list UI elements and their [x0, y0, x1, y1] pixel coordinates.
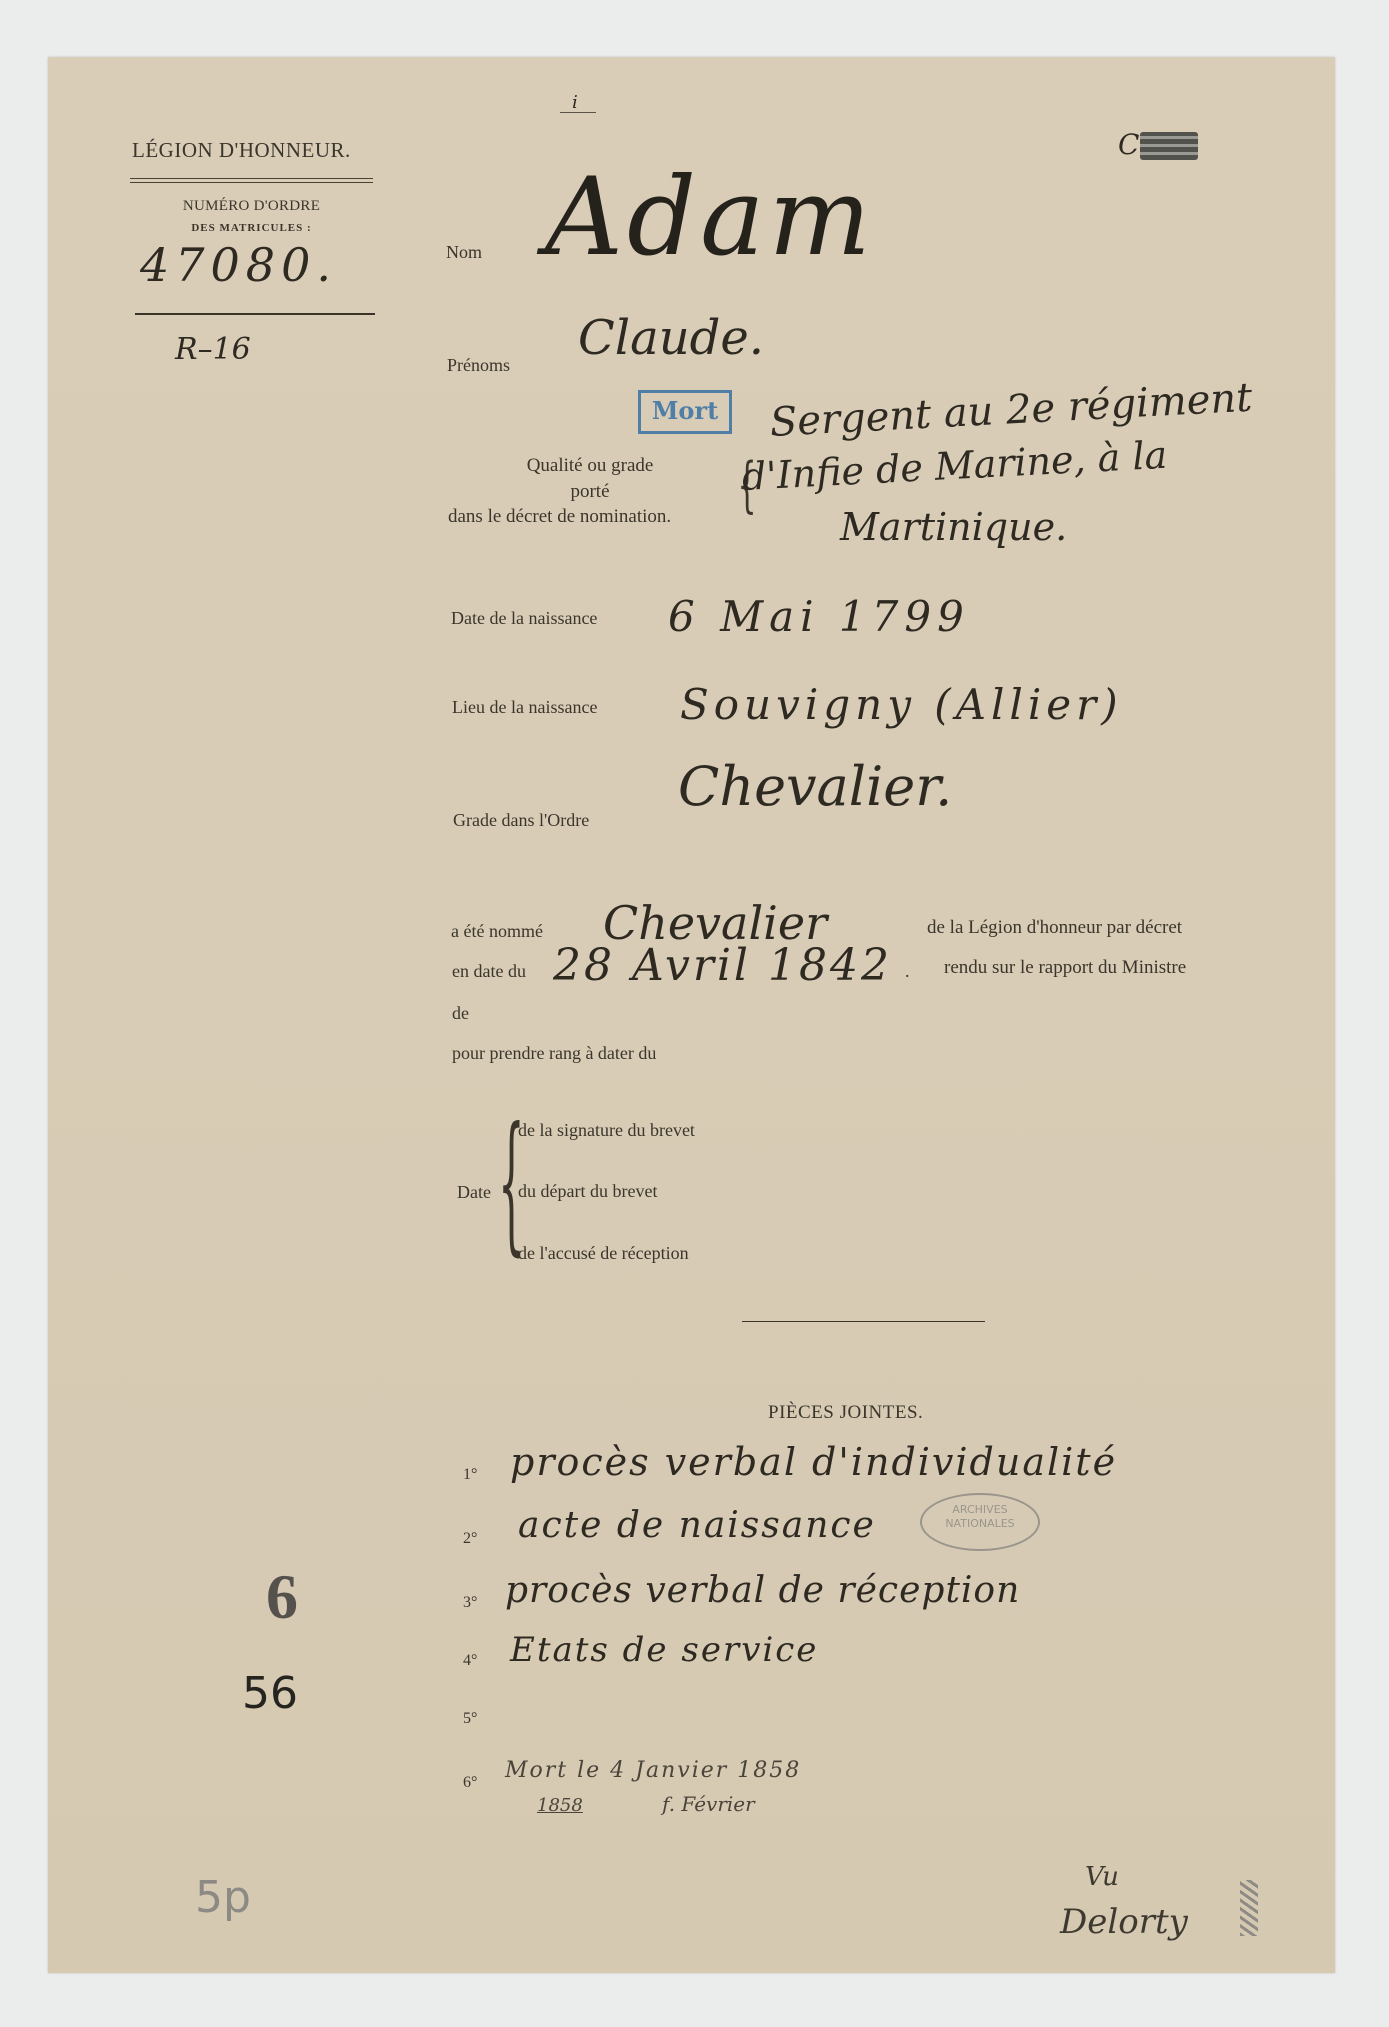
piece-num-5: 5° [463, 1710, 477, 1728]
brevet-depart-line: du départ du brevet [518, 1181, 657, 1202]
numero-underline [135, 313, 375, 315]
crossed-out-scribble-icon [1140, 132, 1198, 160]
nom-value: Adam [545, 155, 875, 280]
pieces-jointes-title: PIÈCES JOINTES. [768, 1402, 923, 1424]
piece-num-1: 1° [463, 1466, 477, 1484]
naissance-date-value: 6 Mai 1799 [668, 592, 970, 641]
prenoms-label: Prénoms [447, 355, 510, 376]
qualite-label-line2: porté [480, 481, 700, 503]
rapport-label: rendu sur le rapport du Ministre [944, 957, 1186, 979]
grade-label: Grade dans l'Ordre [453, 810, 589, 831]
grade-value: Chevalier. [678, 755, 952, 818]
margin-box-number: 56 [242, 1668, 298, 1719]
qualite-label-line3: dans le décret de nomination. [448, 506, 671, 528]
piece-value-6: Mort le 4 Janvier 1858 [505, 1758, 801, 1783]
piece-value-4: Etats de service [510, 1630, 818, 1670]
margin-big-number: 6 [266, 1560, 298, 1634]
rang-label: pour prendre rang à dater du [452, 1043, 656, 1064]
archive-stamp-line2: NATIONALES [922, 1517, 1038, 1531]
decret-date-value: 28 Avril 1842 [553, 940, 892, 991]
brevet-accuse-line: de l'accusé de réception [518, 1243, 689, 1264]
naissance-lieu-value: Souvigny (Allier) [680, 680, 1123, 729]
qualite-value-line3: Martinique. [840, 505, 1067, 549]
top-center-mark: i [572, 92, 578, 113]
naissance-date-label: Date de la naissance [451, 608, 597, 629]
piece-6-february: f. Février [662, 1792, 755, 1816]
archives-nationales-stamp: ARCHIVES NATIONALES [920, 1493, 1040, 1551]
brevet-date-label: Date [457, 1182, 491, 1203]
decret-date-label: en date du [452, 961, 526, 982]
nomme-suffix: de la Légion d'honneur par décret [927, 917, 1182, 939]
piece-value-2: acte de naissance [518, 1505, 876, 1546]
nomme-label: a été nommé [451, 921, 543, 942]
brevet-signature-line: de la signature du brevet [518, 1120, 695, 1141]
decret-date-dot: . [905, 961, 910, 982]
numero-ordre-label: NUMÉRO D'ORDRE [130, 198, 373, 215]
piece-value-1: procès verbal d'individualité [510, 1440, 1117, 1484]
status-stamp-mort: Mort [638, 390, 732, 434]
vu-label: Vu [1085, 1862, 1119, 1892]
prenoms-value: Claude. [578, 310, 764, 366]
piece-value-3: procès verbal de réception [505, 1570, 1020, 1611]
top-center-underline [560, 112, 596, 113]
ministre-de-label: de [452, 1003, 469, 1024]
register-reference: R–16 [175, 332, 251, 367]
piece-num-2: 2° [463, 1530, 477, 1548]
pencil-slash-mark [1240, 1880, 1258, 1936]
legion-honneur-title: LÉGION D'HONNEUR. [132, 138, 351, 163]
qualite-label-line1: Qualité ou grade [480, 455, 700, 477]
des-matricules-label: DES MATRICULES : [130, 222, 373, 234]
naissance-lieu-label: Lieu de la naissance [452, 697, 597, 718]
piece-num-3: 3° [463, 1594, 477, 1612]
title-rule-bottom [130, 182, 373, 183]
piece-num-4: 4° [463, 1652, 477, 1670]
numero-matricule-value: 47080. [140, 238, 337, 292]
piece-6-year: 1858 [537, 1795, 583, 1816]
nom-label: Nom [446, 242, 482, 263]
section-separator [742, 1321, 985, 1322]
piece-num-6: 6° [463, 1774, 477, 1792]
title-rule-top [130, 178, 373, 179]
signature-delorty: Delorty [1060, 1902, 1188, 1942]
pencil-note: 5p [195, 1872, 251, 1923]
archive-stamp-line1: ARCHIVES [922, 1503, 1038, 1517]
corner-mark: C [1118, 128, 1139, 161]
